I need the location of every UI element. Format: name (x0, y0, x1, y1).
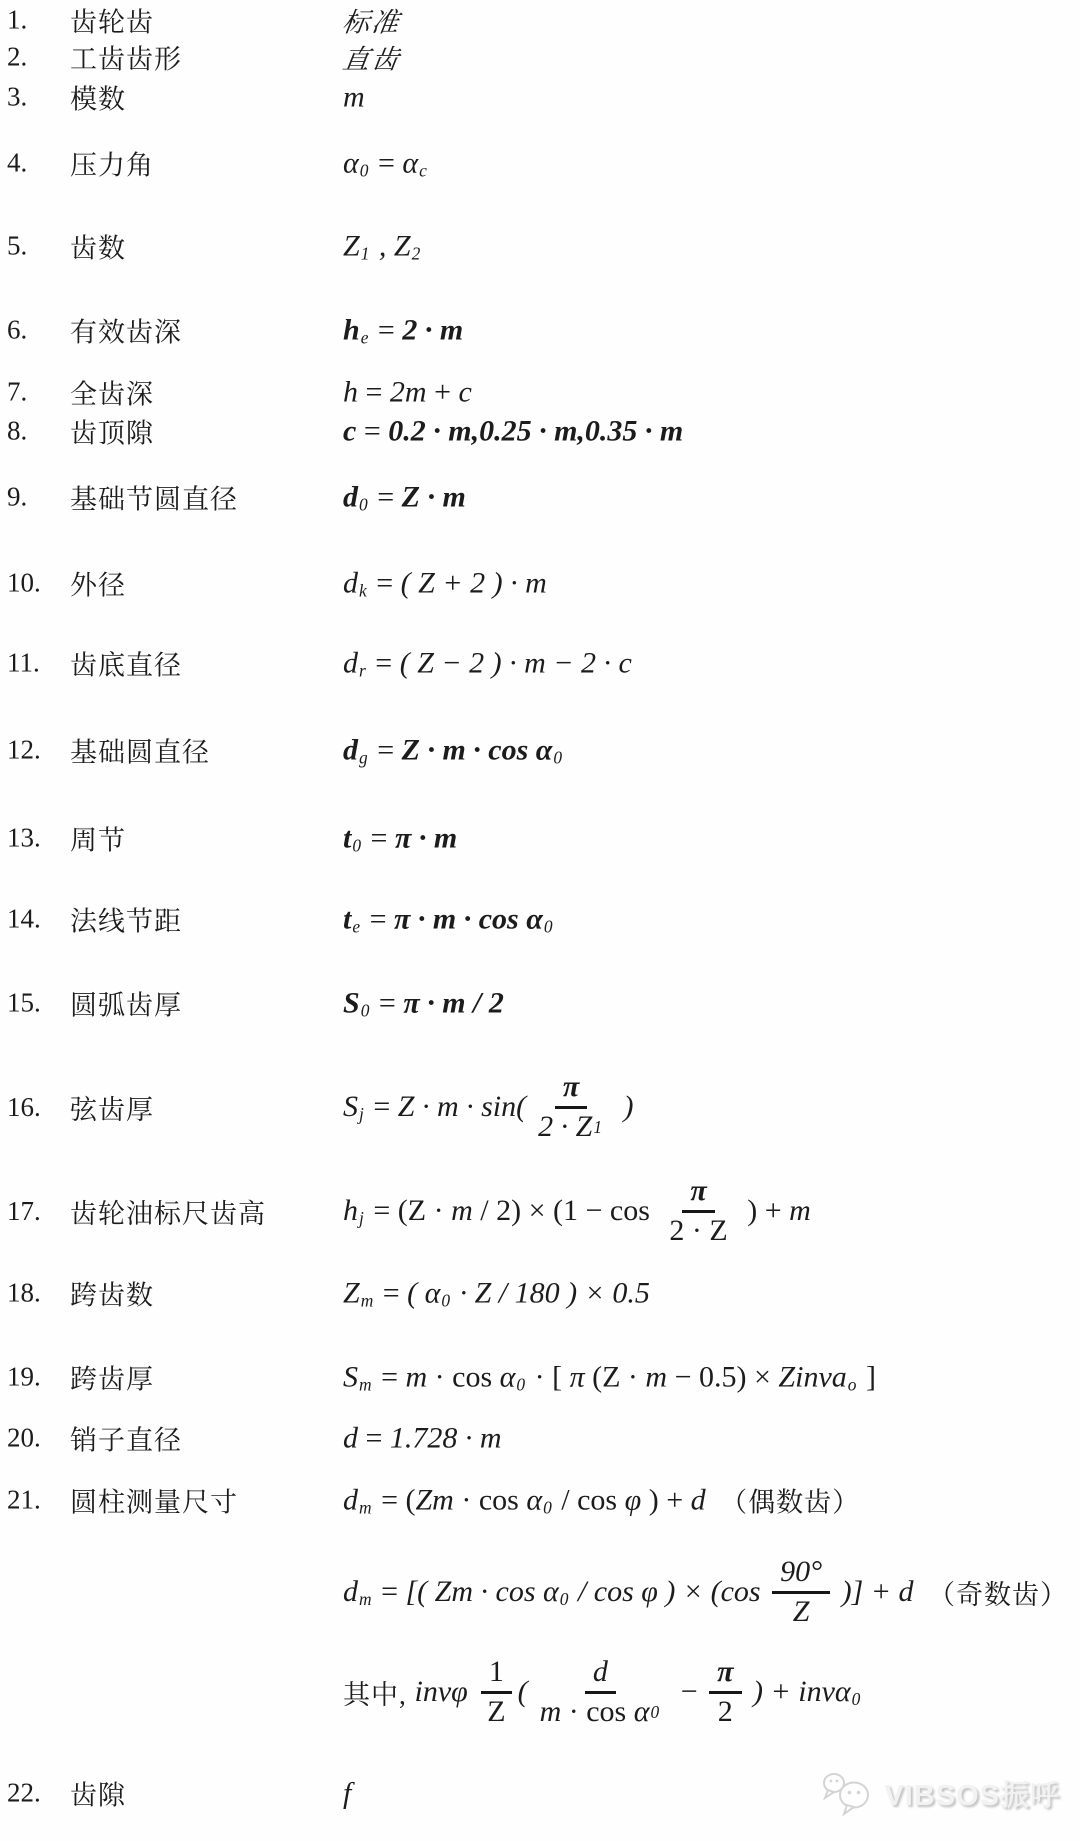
row-number: 12. (0, 735, 70, 766)
row-formula: 直齿 (343, 38, 401, 77)
row-formula: dk = ( Z + 2 ) · m (343, 566, 547, 600)
formula-row: 13. 周节 t0 = π · m (0, 819, 1080, 858)
row-number: 22. (0, 1778, 70, 1809)
row-number: 10. (0, 568, 70, 599)
formula-row: 20. 销子直径 d = 1.728 · m (0, 1419, 1080, 1458)
row-number: 18. (0, 1278, 70, 1309)
row-label: 齿轮油标尺齿高 (70, 1192, 343, 1231)
formula-row: 11. 齿底直径 dr = ( Z − 2 ) · m − 2 · c (0, 644, 1080, 683)
row-label: 齿数 (70, 227, 343, 266)
row-number: 17. (0, 1196, 70, 1227)
row-formula: 标准 (343, 1, 401, 40)
row-formula: Sm = m · cos α0 · [ π (Z · m − 0.5) × Zi… (343, 1360, 876, 1394)
row-formula: dg = Z · m · cos α0 (343, 733, 564, 767)
row-label: 弦齿厚 (70, 1088, 343, 1127)
row-label: 齿底直径 (70, 644, 343, 683)
row-formula: t0 = π · m (343, 821, 457, 855)
formula-row: 1. 齿轮齿 标准 (0, 1, 1080, 40)
formula-row: 9. 基础节圆直径 d0 = Z · m (0, 478, 1080, 517)
row-formula: 其中, invφ 1Z(dm · cos α0 − π2 ) + invα0 (343, 1655, 862, 1729)
row-formula: Z1 , Z2 (343, 229, 422, 263)
row-number: 2. (0, 42, 70, 73)
row-formula: d0 = Z · m (343, 480, 466, 514)
row-label: 法线节距 (70, 900, 343, 939)
row-formula: dr = ( Z − 2 ) · m − 2 · c (343, 646, 632, 680)
row-label: 跨齿数 (70, 1274, 343, 1313)
formula-row: 12. 基础圆直径 dg = Z · m · cos α0 (0, 731, 1080, 770)
row-label: 有效齿深 (70, 311, 343, 350)
row-number: 1. (0, 5, 70, 36)
formula-row: 5. 齿数 Z1 , Z2 (0, 227, 1080, 266)
row-label: 工齿齿形 (70, 38, 343, 77)
row-number: 4. (0, 148, 70, 179)
row-number: 6. (0, 315, 70, 346)
row-formula: hj = (Z · m / 2) × (1 − cos π2 · Z ) + m (343, 1174, 811, 1248)
row-formula: dm = (Zm · cos α0 / cos φ ) + d （偶数齿） (343, 1481, 860, 1520)
row-formula: f (343, 1776, 351, 1810)
row-label: 全齿深 (70, 373, 343, 412)
formula-row: 18. 跨齿数 Zm = ( α0 · Z / 180 ) × 0.5 (0, 1274, 1080, 1313)
row-number: 5. (0, 231, 70, 262)
row-label: 销子直径 (70, 1419, 343, 1458)
row-label: 周节 (70, 819, 343, 858)
row-formula: dm = [( Zm · cos α0 / cos φ ) × (cos 90°… (343, 1555, 1068, 1629)
row-label: 圆柱测量尺寸 (70, 1481, 343, 1520)
row-label: 模数 (70, 78, 343, 117)
row-number: 9. (0, 482, 70, 513)
row-number: 21. (0, 1485, 70, 1516)
row-label: 跨齿厚 (70, 1358, 343, 1397)
row-formula: S0 = π · m / 2 (343, 986, 504, 1020)
row-formula: c = 0.2 · m,0.25 · m,0.35 · m (343, 414, 683, 448)
row-formula: h = 2m + c (343, 375, 472, 409)
row-formula: α0 = αc (343, 146, 429, 180)
formula-row-continuation: dm = [( Zm · cos α0 / cos φ ) × (cos 90°… (343, 1555, 1068, 1629)
row-label: 基础节圆直径 (70, 478, 343, 517)
row-label: 齿隙 (70, 1774, 343, 1813)
formula-row: 22. 齿隙 f (0, 1774, 1080, 1813)
formula-row: 8. 齿顶隙 c = 0.2 · m,0.25 · m,0.35 · m (0, 412, 1080, 451)
row-formula: m (343, 80, 365, 114)
row-number: 13. (0, 823, 70, 854)
row-label: 外径 (70, 564, 343, 603)
row-formula: te = π · m · cos α0 (343, 902, 555, 936)
formula-row: 21. 圆柱测量尺寸 dm = (Zm · cos α0 / cos φ ) +… (0, 1481, 1080, 1520)
row-label: 圆弧齿厚 (70, 984, 343, 1023)
row-formula: Zm = ( α0 · Z / 180 ) × 0.5 (343, 1276, 650, 1310)
row-formula: d = 1.728 · m (343, 1421, 502, 1455)
row-formula: he = 2 · m (343, 313, 463, 347)
row-label: 齿顶隙 (70, 412, 343, 451)
formula-row: 16. 弦齿厚 Sj = Z · m · sin(π2 · Z1 ) (0, 1070, 1080, 1144)
row-label: 基础圆直径 (70, 731, 343, 770)
row-number: 7. (0, 377, 70, 408)
formula-row: 14. 法线节距 te = π · m · cos α0 (0, 900, 1080, 939)
formula-row: 3. 模数 m (0, 78, 1080, 117)
formula-row: 2. 工齿齿形 直齿 (0, 38, 1080, 77)
row-number: 15. (0, 988, 70, 1019)
row-number: 20. (0, 1423, 70, 1454)
formula-row: 10. 外径 dk = ( Z + 2 ) · m (0, 564, 1080, 603)
formula-row: 7. 全齿深 h = 2m + c (0, 373, 1080, 412)
row-number: 3. (0, 82, 70, 113)
formula-row: 6. 有效齿深 he = 2 · m (0, 311, 1080, 350)
row-number: 19. (0, 1362, 70, 1393)
row-number: 14. (0, 904, 70, 935)
formula-row: 17. 齿轮油标尺齿高 hj = (Z · m / 2) × (1 − cos … (0, 1174, 1080, 1248)
formula-row: 19. 跨齿厚 Sm = m · cos α0 · [ π (Z · m − 0… (0, 1358, 1080, 1397)
row-label: 齿轮齿 (70, 1, 343, 40)
row-number: 8. (0, 416, 70, 447)
formula-row: 15. 圆弧齿厚 S0 = π · m / 2 (0, 984, 1080, 1023)
row-formula: Sj = Z · m · sin(π2 · Z1 ) (343, 1070, 634, 1144)
row-number: 11. (0, 648, 70, 679)
formula-row: 4. 压力角 α0 = αc (0, 144, 1080, 183)
formula-row-continuation: 其中, invφ 1Z(dm · cos α0 − π2 ) + invα0 (343, 1655, 862, 1729)
row-label: 压力角 (70, 144, 343, 183)
row-number: 16. (0, 1092, 70, 1123)
gear-formula-document: 1. 齿轮齿 标准 2. 工齿齿形 直齿 3. 模数 m 4. 压力角 α0 =… (0, 0, 1080, 1841)
